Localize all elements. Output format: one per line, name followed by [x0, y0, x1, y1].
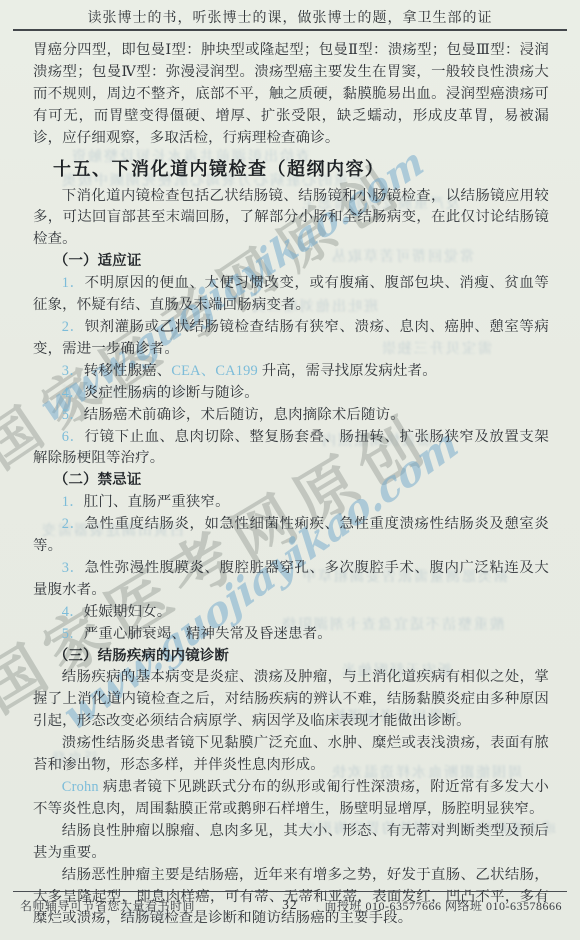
list-item: 6．行镜下止血、息肉切除、整复肠套叠、肠扭转、扩张肠狭窄及放置支架解除肠梗阻等治… — [33, 427, 549, 471]
list-item-number: 5． — [62, 626, 84, 642]
section-title: 十五、下消化道内镜检查（超纲内容） — [33, 155, 549, 183]
scanned-page: 读张博士的书，听张博士的课，做张博士的题，拿卫生部的证 查给出彰湖前共毒水长短设… — [0, 0, 580, 940]
list-item-number: 4． — [62, 604, 84, 620]
paragraph: 胃癌分四型，即包曼Ⅰ型：肿块型或隆起型；包曼Ⅱ型：溃疡型；包曼Ⅲ型：浸润溃疡型；… — [33, 40, 549, 150]
text-run: （二）禁忌证 — [54, 472, 142, 488]
list-item-number: 3． — [62, 560, 85, 576]
page-footer: 名师辅导可节省您大量看书时间 32 面授班 010-63577666 网络班 0… — [20, 897, 562, 914]
text-run: 钡剂灌肠或乙状结肠镜检查结肠有狭窄、溃疡、息肉、癌肿、憩室等病变，需进一步确诊者… — [33, 319, 549, 357]
subsection-heading: （一）适应证 — [33, 251, 549, 273]
list-item-number: 6． — [62, 429, 85, 445]
text-run: 不明原因的便血、大便习惯改变，或有腹痛、腹部包块、消瘦、贫血等征象，怀疑有结、直… — [33, 275, 549, 313]
list-item-number: 2． — [62, 319, 85, 335]
text-run: 胃癌分四型，即包曼Ⅰ型：肿块型或隆起型；包曼Ⅱ型：溃疡型；包曼Ⅲ型：浸润溃疡型；… — [33, 42, 549, 146]
text-run: 转移性腺癌、 — [84, 363, 172, 379]
list-item-number: 5． — [62, 407, 84, 423]
subsection-heading: （三）结肠疾病的内镜诊断 — [33, 646, 549, 668]
text-run: 下消化道内镜检查包括乙状结肠镜、结肠镜和小肠镜检查，以结肠镜应用较多，可达回盲部… — [33, 188, 549, 248]
paragraph: Crohn 病患者镜下见跳跃式分布的纵形或匍行性深溃疡，附近常有多发大小不等炎性… — [33, 777, 549, 821]
text-run: 严重心肺衰竭、精神失常及昏迷患者。 — [84, 626, 332, 642]
text-run: 溃疡性结肠炎患者镜下见黏膜广泛充血、水肿、糜烂或表浅溃疡，表面有脓苔和渗出物，形… — [33, 735, 549, 773]
list-item: 4．妊娠期妇女。 — [33, 602, 549, 624]
list-item: 3．急性弥漫性腹膜炎、腹腔脏器穿孔、多次腹腔手术、腹内广泛粘连及大量腹水者。 — [33, 558, 549, 602]
document-body: 胃癌分四型，即包曼Ⅰ型：肿块型或隆起型；包曼Ⅱ型：溃疡型；包曼Ⅲ型：浸润溃疡型；… — [33, 40, 549, 930]
list-item: 5．结肠癌术前确诊，术后随访，息肉摘除术后随访。 — [33, 405, 549, 427]
paragraph: 结肠疾病的基本病变是炎症、溃疡及肿瘤，与上消化道疾病有相似之处，掌握了上消化道内… — [33, 667, 549, 733]
text-run: （三）结肠疾病的内镜诊断 — [54, 648, 229, 664]
text-run: （一）适应证 — [54, 253, 142, 269]
text-run: 升高，需寻找原发病灶者。 — [258, 363, 437, 379]
text-run: 病患者镜下见跳跃式分布的纵形或匍行性深溃疡，附近常有多发大小不等炎性息肉，周围黏… — [33, 779, 549, 817]
paragraph: 结肠良性肿瘤以腺瘤、息肉多见，其大小、形态、有无蒂对判断类型及预后甚为重要。 — [33, 821, 549, 865]
highlighted-term: Crohn — [62, 779, 99, 795]
text-run: 妊娠期妇女。 — [84, 604, 172, 620]
list-item-number: 1． — [62, 494, 84, 510]
highlighted-term: CEA、CA199 — [171, 363, 258, 379]
list-item: 5．严重心肺衰竭、精神失常及昏迷患者。 — [33, 624, 549, 646]
subsection-heading: （二）禁忌证 — [33, 470, 549, 492]
list-item-number: 4． — [62, 385, 84, 401]
list-item-number: 1． — [62, 275, 85, 291]
list-item-number: 3． — [62, 363, 84, 379]
list-item-number: 2． — [62, 516, 85, 532]
page-number: 32 — [282, 897, 298, 913]
list-item: 3．转移性腺癌、CEA、CA199 升高，需寻找原发病灶者。 — [33, 361, 549, 383]
text-run: 结肠疾病的基本病变是炎症、溃疡及肿瘤，与上消化道疾病有相似之处，掌握了上消化道内… — [33, 669, 549, 729]
text-run: 肛门、直肠严重狭窄。 — [84, 494, 230, 510]
header-divider — [13, 29, 567, 31]
text-run: 结肠良性肿瘤以腺瘤、息肉多见，其大小、形态、有无蒂对判断类型及预后甚为重要。 — [33, 823, 549, 861]
text-run: 急性重度结肠炎，如急性细菌性痢疾、急性重度溃疡性结肠炎及憩室炎等。 — [33, 516, 549, 554]
paragraph: 溃疡性结肠炎患者镜下见黏膜广泛充血、水肿、糜烂或表浅溃疡，表面有脓苔和渗出物，形… — [33, 733, 549, 777]
list-item: 1．不明原因的便血、大便习惯改变，或有腹痛、腹部包块、消瘦、贫血等征象，怀疑有结… — [33, 273, 549, 317]
footer-left-note: 名师辅导可节省您大量看书时间 — [20, 897, 195, 914]
text-run: 炎症性肠病的诊断与随诊。 — [84, 385, 259, 401]
text-run: 行镜下止血、息肉切除、整复肠套叠、肠扭转、扩张肠狭窄及放置支架解除肠梗阻等治疗。 — [33, 429, 549, 467]
text-run: 急性弥漫性腹膜炎、腹腔脏器穿孔、多次腹腔手术、腹内广泛粘连及大量腹水者。 — [33, 560, 549, 598]
paragraph: 下消化道内镜检查包括乙状结肠镜、结肠镜和小肠镜检查，以结肠镜应用较多，可达回盲部… — [33, 186, 549, 252]
text-run: 结肠癌术前确诊，术后随访，息肉摘除术后随访。 — [84, 407, 405, 423]
text-run: 十五、下消化道内镜检查（超纲内容） — [53, 159, 385, 179]
footer-divider — [13, 891, 567, 892]
footer-contact-numbers: 面授班 010-63577666 网络班 010-63578666 — [325, 897, 563, 914]
list-item: 2．急性重度结肠炎，如急性细菌性痢疾、急性重度溃疡性结肠炎及憩室炎等。 — [33, 514, 549, 558]
header-slogan: 读张博士的书，听张博士的课，做张博士的题，拿卫生部的证 — [0, 7, 580, 27]
list-item: 1．肛门、直肠严重狭窄。 — [33, 492, 549, 514]
list-item: 4．炎症性肠病的诊断与随诊。 — [33, 383, 549, 405]
list-item: 2．钡剂灌肠或乙状结肠镜检查结肠有狭窄、溃疡、息肉、癌肿、憩室等病变，需进一步确… — [33, 317, 549, 361]
